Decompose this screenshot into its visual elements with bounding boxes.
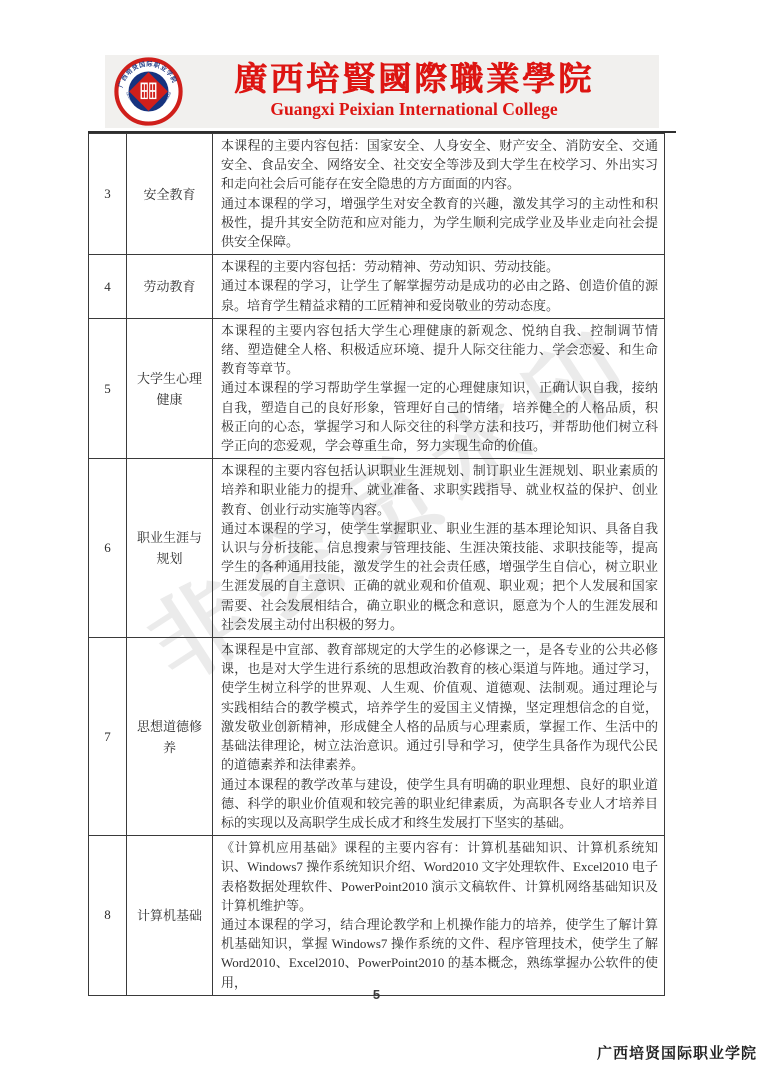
college-seal-logo: 广西培贤国际职业学院 GUANGXI PEIXIAN INTERNATIONAL… (114, 57, 183, 126)
college-titles: 廣西培賢國際職業學院 Guangxi Peixian International… (183, 64, 659, 119)
course-desc-paragraph: 本课程的主要内容包括：劳动精神、劳动知识、劳动技能。 (221, 257, 658, 276)
course-desc-paragraph: 本课程的主要内容包括：国家安全、人身安全、财产安全、消防安全、交通安全、食品安全… (221, 136, 658, 194)
page-number: 5 (88, 987, 665, 1002)
college-name-zh: 廣西培賢國際職業學院 (183, 64, 645, 97)
table-row: 6 职业生涯与规划 本课程的主要内容包括认识职业生涯规划、制订职业生涯规划、职业… (89, 459, 665, 638)
table-row: 7 思想道德修养 本课程是中宣部、教育部规定的大学生的必修课之一，是各专业的公共… (89, 638, 665, 836)
footer-site-name: 广西培贤国际职业学院 (597, 1042, 757, 1063)
course-description-table: 3 安全教育 本课程的主要内容包括：国家安全、人身安全、财产安全、消防安全、交通… (88, 133, 665, 996)
row-number-cell: 5 (89, 318, 127, 458)
course-desc-paragraph: 通过本课程的学习，结合理论教学和上机操作能力的培养，使学生了解计算机基础知识，掌… (221, 915, 658, 992)
document-page: 非会员水印 广西培贤国际职业学院 GUANGXI PEIXIAN INTERNA… (0, 0, 763, 1080)
row-number-cell: 6 (89, 459, 127, 638)
course-desc-cell: 本课程的主要内容包括认识职业生涯规划、制订职业生涯规划、职业素质的培养和职业能力… (213, 459, 665, 638)
course-desc-paragraph: 通过本课程的学习，让学生了解掌握劳动是成功的必由之路、创造价值的源泉。培育学生精… (221, 276, 658, 314)
college-header-banner: 广西培贤国际职业学院 GUANGXI PEIXIAN INTERNATIONAL… (105, 55, 659, 128)
course-name-cell: 安全教育 (127, 134, 213, 255)
course-desc-paragraph: 本课程的主要内容包括大学生心理健康的新观念、悦纳自我、控制调节情绪、塑造健全人格… (221, 321, 658, 379)
table-row: 4 劳动教育 本课程的主要内容包括：劳动精神、劳动知识、劳动技能。 通过本课程的… (89, 255, 665, 319)
course-name-cell: 职业生涯与规划 (127, 459, 213, 638)
course-name-cell: 思想道德修养 (127, 638, 213, 836)
college-name-en: Guangxi Peixian International College (183, 101, 645, 119)
course-desc-paragraph: 本课程是中宣部、教育部规定的大学生的必修课之一，是各专业的公共必修课，也是对大学… (221, 640, 658, 774)
row-number-cell: 3 (89, 134, 127, 255)
course-name-cell: 大学生心理健康 (127, 318, 213, 458)
course-desc-paragraph: 通过本课程的教学改革与建设，使学生具有明确的职业理想、良好的职业道德、科学的职业… (221, 775, 658, 833)
course-desc-cell: 本课程是中宣部、教育部规定的大学生的必修课之一，是各专业的公共必修课，也是对大学… (213, 638, 665, 836)
row-number-cell: 7 (89, 638, 127, 836)
course-name-cell: 计算机基础 (127, 836, 213, 996)
table-row: 5 大学生心理健康 本课程的主要内容包括大学生心理健康的新观念、悦纳自我、控制调… (89, 318, 665, 458)
course-name-cell: 劳动教育 (127, 255, 213, 319)
course-desc-paragraph: 《计算机应用基础》课程的主要内容有：计算机基础知识、计算机系统知识、Window… (221, 838, 658, 915)
course-desc-cell: 本课程的主要内容包括：劳动精神、劳动知识、劳动技能。 通过本课程的学习，让学生了… (213, 255, 665, 319)
course-desc-paragraph: 通过本课程的学习，使学生掌握职业、职业生涯的基本理论知识、具备自我认识与分析技能… (221, 519, 658, 634)
table-row: 3 安全教育 本课程的主要内容包括：国家安全、人身安全、财产安全、消防安全、交通… (89, 134, 665, 255)
course-desc-cell: 本课程的主要内容包括：国家安全、人身安全、财产安全、消防安全、交通安全、食品安全… (213, 134, 665, 255)
course-desc-paragraph: 通过本课程的学习帮助学生掌握一定的心理健康知识，正确认识自我，接纳自我，塑造自己… (221, 378, 658, 455)
table-row: 8 计算机基础 《计算机应用基础》课程的主要内容有：计算机基础知识、计算机系统知… (89, 836, 665, 996)
row-number-cell: 4 (89, 255, 127, 319)
row-number-cell: 8 (89, 836, 127, 996)
course-desc-paragraph: 通过本课程的学习，增强学生对安全教育的兴趣，激发其学习的主动性和积极性，提升其安… (221, 194, 658, 252)
course-desc-cell: 《计算机应用基础》课程的主要内容有：计算机基础知识、计算机系统知识、Window… (213, 836, 665, 996)
college-seal-icon: 广西培贤国际职业学院 GUANGXI PEIXIAN INTERNATIONAL… (114, 57, 183, 126)
course-desc-paragraph: 本课程的主要内容包括认识职业生涯规划、制订职业生涯规划、职业素质的培养和职业能力… (221, 461, 658, 519)
course-desc-cell: 本课程的主要内容包括大学生心理健康的新观念、悦纳自我、控制调节情绪、塑造健全人格… (213, 318, 665, 458)
